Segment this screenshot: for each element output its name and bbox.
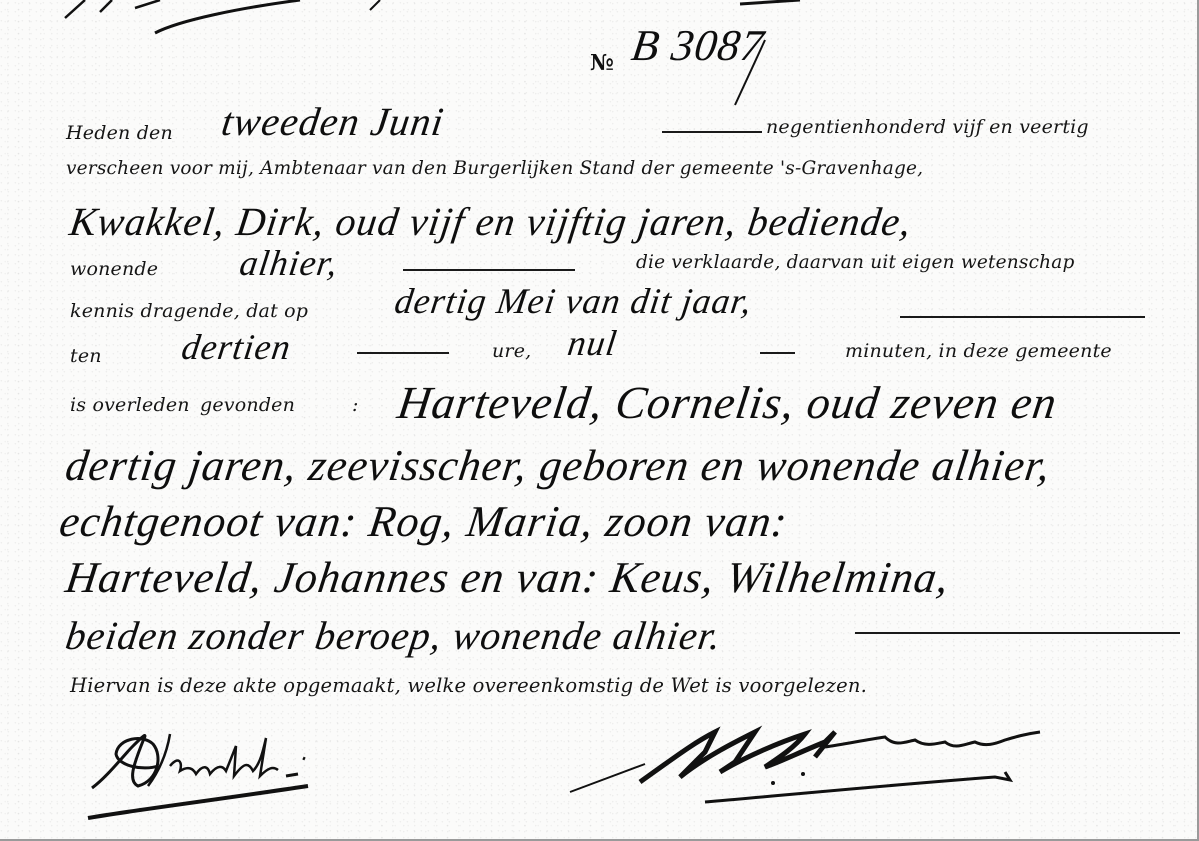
registrar-signature <box>565 722 1165 812</box>
printed-is-overleden: is overleden <box>70 394 190 416</box>
hand-deceased-details: dertig jaren, zeevisscher, geboren en wo… <box>62 440 1054 491</box>
printed-year: negentienhonderd vijf en veertig <box>766 116 1089 138</box>
hand-declarant: Kwakkel, Dirk, oud vijf en vijftig jaren… <box>67 198 915 245</box>
death-certificate-page: № B 3087 Heden den tweeden Juni negentie… <box>0 0 1199 841</box>
fill-line <box>900 316 1145 318</box>
fill-line <box>855 632 1180 634</box>
printed-ten: ten <box>70 345 102 367</box>
printed-registrar-line: verscheen voor mij, Ambtenaar van den Bu… <box>66 158 923 179</box>
printed-minuten: minuten, in deze gemeente <box>845 340 1112 362</box>
printed-closing-statement: Hiervan is deze akte opgemaakt, welke ov… <box>70 674 867 697</box>
hand-residence: alhier, <box>237 242 341 284</box>
hand-date-day-month: tweeden Juni <box>219 98 448 145</box>
printed-die-verklaarde: die verklaarde, daarvan uit eigen wetens… <box>636 252 1075 273</box>
fill-line <box>357 352 449 354</box>
hand-parents-names: Harteveld, Johannes en van: Keus, Wilhel… <box>62 552 952 603</box>
printed-wonende: wonende <box>70 258 158 280</box>
number-sign: № <box>590 50 614 76</box>
printed-ure: ure, <box>492 340 531 362</box>
fill-line <box>403 269 575 271</box>
hand-deceased-name: Harteveld, Cornelis, oud zeven en <box>394 376 1060 429</box>
hand-date-of-death: dertig Mei van dit jaar, <box>392 280 755 322</box>
hand-spouse-parents: echtgenoot van: Rog, Maria, zoon van: <box>56 496 791 547</box>
hand-minutes: nul <box>565 322 620 364</box>
hand-hour: dertien <box>179 326 294 368</box>
fill-line <box>760 352 795 354</box>
number-flourish <box>730 40 770 110</box>
printed-kennis-dragende: kennis dragende, dat op <box>70 300 308 322</box>
printed-heden-den: Heden den <box>66 122 173 144</box>
printed-gevonden-struck: gevonden <box>200 394 295 416</box>
fill-line <box>662 131 762 133</box>
declarant-signature <box>88 726 348 826</box>
colon: : <box>352 394 359 416</box>
hand-parents-occupation: beiden zonder beroep, wonende alhier. <box>63 612 725 659</box>
